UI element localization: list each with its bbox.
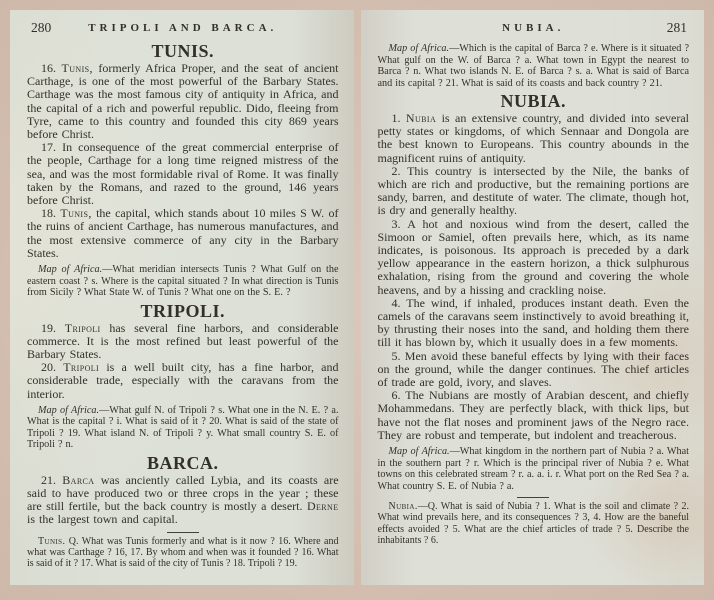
paragraph-number: 21. xyxy=(41,473,56,487)
footnote-label: Nubia. xyxy=(389,501,418,512)
paragraph-number: 18. xyxy=(41,206,56,220)
paragraph-number: 17. xyxy=(41,140,56,154)
section-heading-barca: BARCA. xyxy=(27,453,339,473)
page-number-right: 281 xyxy=(667,20,687,36)
map-note-label: Map of Africa. xyxy=(38,264,102,275)
paragraph-text: A hot and noxious wind from the desert, … xyxy=(378,217,690,297)
paragraph-text: In consequence of the great commercial e… xyxy=(27,140,339,207)
paragraph-number: 20. xyxy=(41,360,56,374)
map-note-nubia: Map of Africa.—What kingdom in the north… xyxy=(378,446,690,492)
section-heading-tunis: TUNIS. xyxy=(27,41,339,61)
paragraph-number: 2. xyxy=(392,164,401,178)
map-note-tripoli: Map of Africa.—What gulf N. of Tripoli ?… xyxy=(27,405,339,451)
paragraph-text: Men avoid these baneful effects by lying… xyxy=(378,349,690,389)
paragraph-lead: Tripoli xyxy=(65,321,101,335)
footnote-tunis: Tunis. Q. What was Tunis formerly and wh… xyxy=(27,536,339,570)
paragraph-lead: Barca xyxy=(62,473,94,487)
paragraph-number: 16. xyxy=(41,61,56,75)
running-head-right: NUBIA. 281 xyxy=(378,22,690,39)
paragraph-lead: Tunis, xyxy=(60,206,91,220)
paragraph-4: 4. The wind, if inhaled, produces instan… xyxy=(378,297,690,350)
paragraph-number: 3. xyxy=(392,217,401,231)
paragraph-number: 4. xyxy=(392,296,401,310)
paragraph-5: 5. Men avoid these baneful effects by ly… xyxy=(378,350,690,390)
map-note-label: Map of Africa. xyxy=(389,43,450,54)
paragraph-text: This country is intersected by the Nile,… xyxy=(378,164,690,218)
map-note-label: Map of Africa. xyxy=(38,405,99,416)
paragraph-text: is the largest town and capital. xyxy=(27,512,178,526)
paragraph-17: 17. In consequence of the great commerci… xyxy=(27,141,339,207)
running-head-title-right: NUBIA. xyxy=(502,22,564,34)
paragraph-21: 21. Barca was anciently called Lybia, an… xyxy=(27,474,339,527)
map-note-tunis: Map of Africa.—What meridian intersects … xyxy=(27,264,339,299)
paragraph-6: 6. The Nubians are mostly of Arabian des… xyxy=(378,389,690,442)
footnote-text: Q. What was Tunis formerly and what is i… xyxy=(27,536,339,570)
paragraph-number: 5. xyxy=(392,349,401,363)
paragraph-2: 2. This country is intersected by the Ni… xyxy=(378,165,690,218)
page-280: 280 TRIPOLI AND BARCA. TUNIS. 16. Tunis,… xyxy=(10,10,354,585)
book-spread: 280 TRIPOLI AND BARCA. TUNIS. 16. Tunis,… xyxy=(0,0,714,600)
section-heading-tripoli: TRIPOLI. xyxy=(27,301,339,321)
map-note-label: Map of Africa. xyxy=(389,446,450,457)
section-heading-nubia: NUBIA. xyxy=(378,91,690,111)
running-head-title-left: TRIPOLI AND BARCA. xyxy=(88,22,277,34)
paragraph-number: 6. xyxy=(392,388,401,402)
paragraph-16: 16. Tunis, formerly Africa Proper, and t… xyxy=(27,62,339,141)
paragraph-lead: Tripoli xyxy=(63,360,99,374)
paragraph-number: 19. xyxy=(41,321,56,335)
paragraph-lead-derne: Derne xyxy=(307,499,339,513)
map-note-barca-carryover: Map of Africa.—Which is the capital of B… xyxy=(378,43,690,89)
paragraph-number: 1. xyxy=(392,111,401,125)
paragraph-19: 19. Tripoli has several fine harbors, an… xyxy=(27,322,339,362)
page-281: NUBIA. 281 Map of Africa.—Which is the c… xyxy=(361,10,705,585)
footnote-divider-right xyxy=(517,497,549,498)
footnote-text: —Q. What is said of Nubia ? 1. What is t… xyxy=(378,501,690,546)
footnote-divider-left xyxy=(167,532,199,533)
paragraph-18: 18. Tunis, the capital, which stands abo… xyxy=(27,207,339,260)
paragraph-3: 3. A hot and noxious wind from the deser… xyxy=(378,218,690,297)
paragraph-lead: Nubia xyxy=(406,111,436,125)
paragraph-text: The Nubians are mostly of Arabian descen… xyxy=(378,388,690,442)
paragraph-lead: Tunis, xyxy=(61,61,92,75)
footnote-nubia: Nubia.—Q. What is said of Nubia ? 1. Wha… xyxy=(378,501,690,546)
paragraph-1: 1. Nubia is an extensive country, and di… xyxy=(378,112,690,165)
running-head-left: 280 TRIPOLI AND BARCA. xyxy=(27,22,339,39)
page-number-left: 280 xyxy=(31,20,51,36)
footnote-label: Tunis. xyxy=(38,536,65,547)
paragraph-text: The wind, if inhaled, produces instant d… xyxy=(378,296,690,350)
paragraph-20: 20. Tripoli is a well built city, has a … xyxy=(27,361,339,401)
